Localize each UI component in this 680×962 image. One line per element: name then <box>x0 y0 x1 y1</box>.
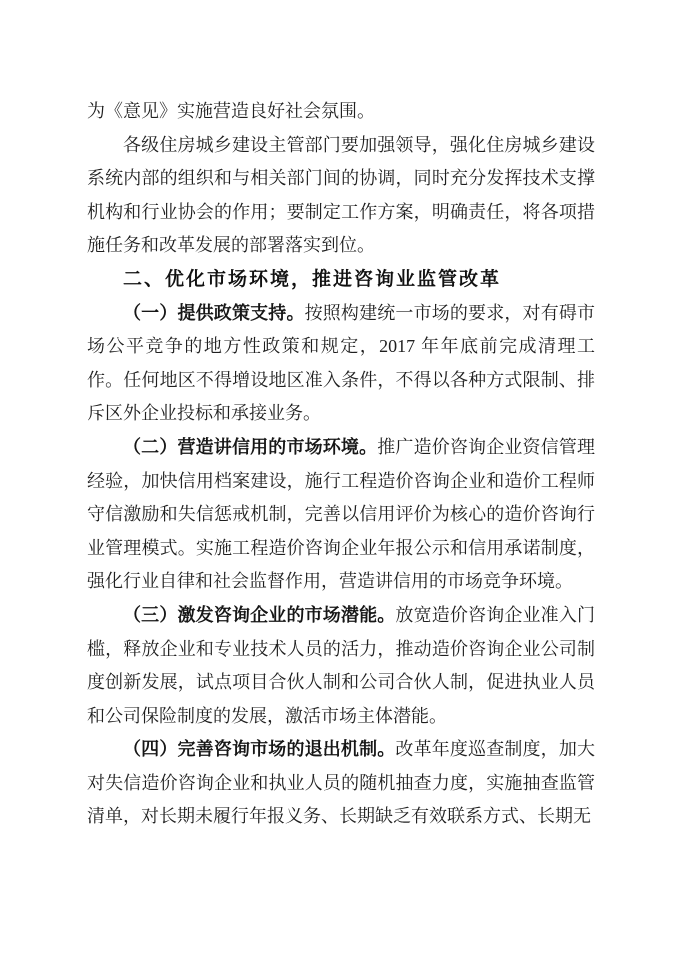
document-text-block: 为《意见》实施营造良好社会氛围。 各级住房城乡建设主管部门要加强领导，强化住房城… <box>87 95 595 834</box>
document-page: 为《意见》实施营造良好社会氛围。 各级住房城乡建设主管部门要加强领导，强化住房城… <box>0 0 680 962</box>
item-2-body: 推广造价咨询企业资信管理经验，加快信用档案建设，施行工程造价咨询企业和造价工程师… <box>87 437 595 591</box>
item-1-lead: （一）提供政策支持。 <box>123 303 305 323</box>
paragraph-item-1: （一）提供政策支持。按照构建统一市场的要求，对有碍市场公平竞争的地方性政策和规定… <box>87 297 595 431</box>
item-2-lead: （二）营造讲信用的市场环境。 <box>123 437 377 457</box>
item-4-lead: （四）完善咨询市场的退出机制。 <box>123 739 395 759</box>
paragraph-item-2: （二）营造讲信用的市场环境。推广造价咨询企业资信管理经验，加快信用档案建设，施行… <box>87 431 595 599</box>
paragraph-leadership: 各级住房城乡建设主管部门要加强领导，强化住房城乡建设系统内部的组织和与相关部门间… <box>87 129 595 263</box>
paragraph-item-4: （四）完善咨询市场的退出机制。改革年度巡查制度，加大对失信造价咨询企业和执业人员… <box>87 733 595 834</box>
item-3-lead: （三）激发咨询企业的市场潜能。 <box>123 605 395 625</box>
paragraph-item-3: （三）激发咨询企业的市场潜能。放宽造价咨询企业准入门槛，释放企业和专业技术人员的… <box>87 599 595 733</box>
section-heading: 二、优化市场环境，推进咨询业监管改革 <box>87 263 595 297</box>
paragraph-continuation: 为《意见》实施营造良好社会氛围。 <box>87 95 595 129</box>
